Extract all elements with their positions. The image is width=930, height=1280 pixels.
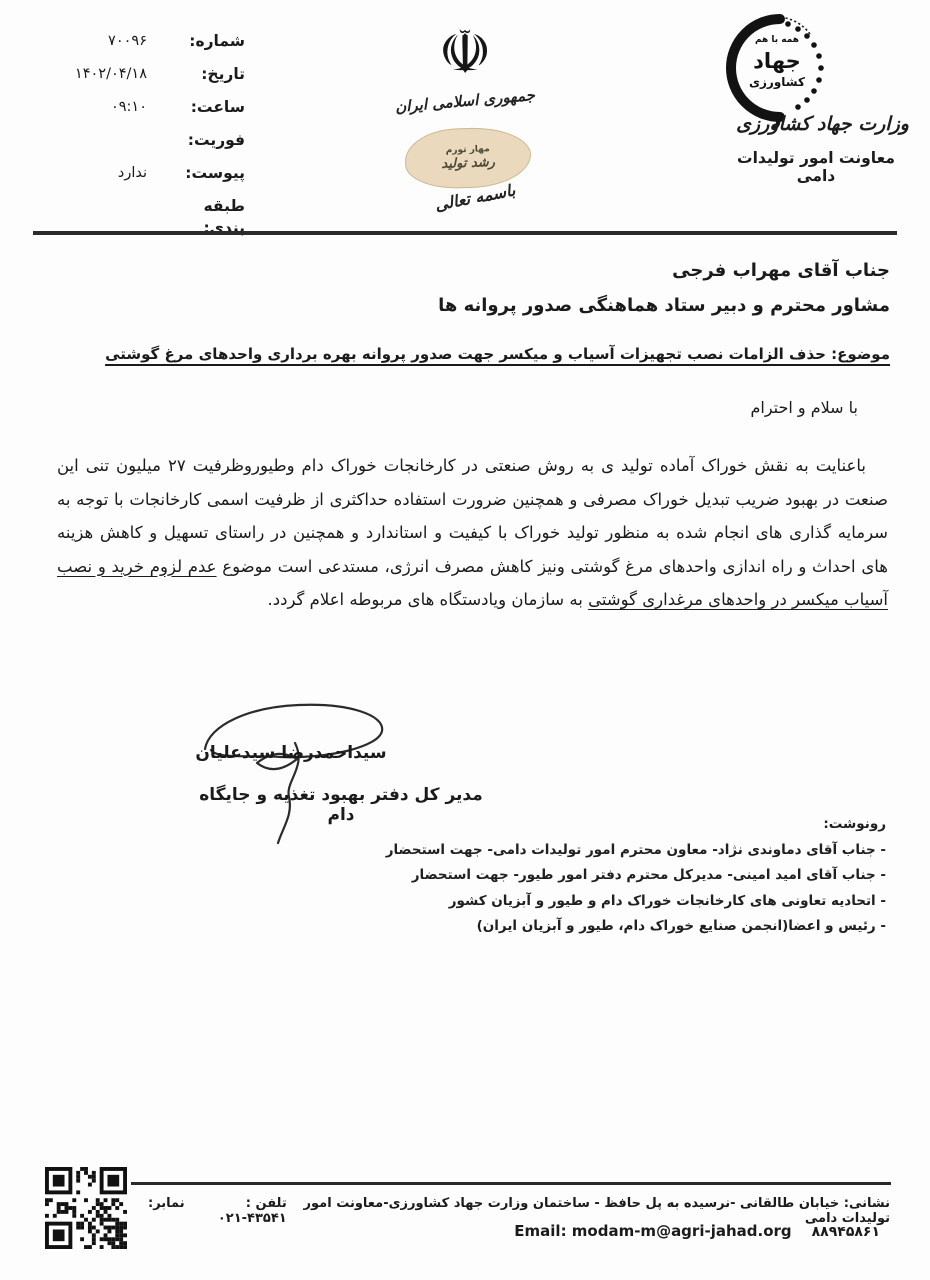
iran-emblem-icon: ☫ (432, 18, 498, 88)
meta-row-attachment: پیوست: ندارد (55, 162, 245, 184)
year-slogan-line2: رشد تولید (441, 155, 495, 172)
footer-divider (131, 1182, 891, 1185)
cc-item: - رئیس و اعضا(انجمن صنایع خوراک دام، طیو… (386, 914, 886, 940)
jahad-keshavarzi-logo-icon: همه با هم جهاد کشاورزی (722, 12, 830, 128)
year-slogan-line1: مهار تورم (446, 144, 490, 156)
cc-item: - جناب آقای دماوندی نژاد- معاون محترم ام… (386, 838, 886, 864)
logo-jahad-text: جهاد (753, 49, 801, 73)
meta-value-date: ۱۴۰۲/۰۴/۱۸ (55, 63, 147, 85)
letter-page: شماره: ۷۰۰۹۶ تاریخ: ۱۴۰۲/۰۴/۱۸ ساعت: ۰۹:… (0, 0, 930, 1280)
meta-row-urgency: فوریت: (55, 129, 245, 151)
logo-keshavarzi-text: کشاورزی (749, 75, 805, 90)
meta-label-number: شماره: (159, 30, 245, 52)
body-part-2: به سازمان ویادستگاه های مربوطه اعلام گرد… (268, 590, 589, 609)
meta-label-attachment: پیوست: (159, 162, 245, 184)
body-paragraph: باعنایت به نقش خوراک آماده تولید ی به رو… (57, 449, 888, 617)
meta-value-time: ۰۹:۱۰ (55, 96, 147, 118)
deputy-name: معاونت امور تولیدات دامی (722, 149, 910, 185)
salutation: با سلام و احترام (750, 398, 858, 417)
footer-email: Email: modam-m@agri-jahad.org (514, 1222, 791, 1240)
qr-code-icon (45, 1167, 127, 1249)
meta-label-date: تاریخ: (159, 63, 245, 85)
meta-row-time: ساعت: ۰۹:۱۰ (55, 96, 245, 118)
footer-email-row: ۸۸۹۴۵۸۶۱ Email: modam-m@agri-jahad.org (514, 1222, 880, 1240)
recipient-title: مشاور محترم و دبیر ستاد هماهنگی صدور پرو… (438, 288, 890, 323)
recipient-name: جناب آقای مهراب فرجی (438, 253, 890, 288)
cc-item: - اتحادیه تعاونی های کارخانجات خوراک دام… (386, 889, 886, 915)
footer-number: ۸۸۹۴۵۸۶۱ (812, 1224, 880, 1240)
logo-top-text: همه با هم (755, 35, 799, 45)
handwritten-signature-icon (185, 697, 415, 852)
meta-value-number: ۷۰۰۹۶ (55, 30, 147, 52)
subject-line: موضوع: حذف الزامات نصب تجهیزات آسیاب و م… (105, 345, 890, 363)
footer-fax: نمابر: (148, 1196, 185, 1211)
recipient-block: جناب آقای مهراب فرجی مشاور محترم و دبیر … (438, 253, 890, 323)
letter-meta-block: شماره: ۷۰۰۹۶ تاریخ: ۱۴۰۲/۰۴/۱۸ ساعت: ۰۹:… (55, 30, 245, 250)
meta-label-time: ساعت: (159, 96, 245, 118)
meta-label-urgency: فوریت: (159, 129, 245, 151)
meta-row-date: تاریخ: ۱۴۰۲/۰۴/۱۸ (55, 63, 245, 85)
meta-row-number: شماره: ۷۰۰۹۶ (55, 30, 245, 52)
footer-phone: تلفن : ۴۳۵۴۱-۰۲۱ (185, 1196, 287, 1226)
meta-value-urgency (55, 129, 147, 151)
meta-value-attachment: ندارد (55, 162, 147, 184)
cc-block: رونوشت: - جناب آقای دماوندی نژاد- معاون … (386, 812, 886, 940)
header-divider (33, 231, 897, 235)
ministry-name-calligraphy: وزارت جهاد کشاورزی (735, 113, 910, 135)
country-name-calligraphy: جمهوری اسلامی ایران (380, 85, 551, 118)
cc-item: - جناب آقای امید امینی- مدیرکل محترم دفت… (386, 863, 886, 889)
